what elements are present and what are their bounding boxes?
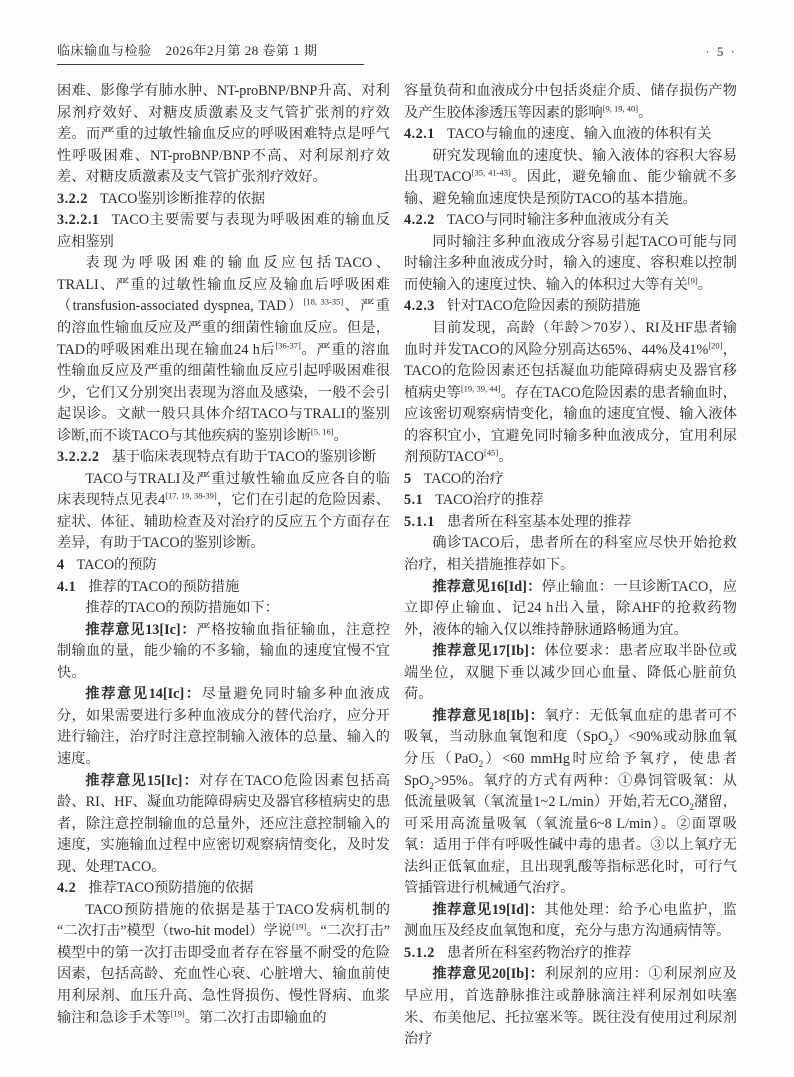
column-right: 容量负荷和血液成分中包括炎症介质、储存损伤产物及产生胶体渗透压等因素的影响[9,… (404, 81, 737, 1051)
text-run: >95%。氧疗的方式有两种：①鼻饲管吸氧：从低流量吸氧（氧流量1~2 L/min… (404, 773, 737, 811)
reference-citation: [45] (484, 448, 498, 458)
text-run: TACO与输血的速度、输入血液的体积有关 (447, 126, 712, 142)
section-number: 5 (404, 471, 412, 487)
reference-citation: [18, 33-35] (303, 297, 343, 307)
reference-citation: [19, 39, 44] (461, 383, 501, 393)
paragraph: 推荐意见14[Ic]：尽量避免同时输多种血液成分，如果需要进行多种血液成分的替代… (57, 684, 390, 770)
recommendation-label: 推荐意见13[Ic]： (85, 622, 196, 638)
recommendation-label: 推荐意见14[Ic]： (85, 686, 201, 702)
paragraph: 推荐的TACO的预防措施如下： (57, 598, 390, 620)
journal-page: 临床输血与检验2026年2月第 28 卷第 1 期 · 5 · 困难、影像学有肺… (0, 0, 794, 1077)
text-run: TACO鉴别诊断推荐的依据 (100, 191, 265, 207)
section-heading: 3.2.2TACO鉴别诊断推荐的依据 (57, 189, 390, 211)
paragraph: 同时输注多种血液成分容易引起TACO可能与同时输注多种血液成分时，输入的速度、容… (404, 232, 737, 297)
header-running-title: 临床输血与检验2026年2月第 28 卷第 1 期 (57, 42, 364, 65)
paragraph: 研究发现输血的速度快、输入液体的容积大容易出现TACO[35, 41-43]。因… (404, 146, 737, 211)
text-run: 基于临床表现特点有助于TACO的鉴别诊断 (112, 449, 377, 465)
text-run: 。 (638, 105, 652, 121)
paragraph: 容量负荷和血液成分中包括炎症介质、储存损伤产物及产生胶体渗透压等因素的影响[9,… (404, 81, 737, 124)
section-heading: 4.2.1TACO与输血的速度、输入血液的体积有关 (404, 124, 737, 146)
section-heading: 4.1推荐的TACO的预防措施 (57, 577, 390, 599)
text-run: 患者所在科室基本处理的推荐 (447, 514, 631, 530)
paragraph: 推荐意见19[Id]：其他处理：给予心电监护，监测血压及经皮血氧饱和度，充分与患… (404, 900, 737, 943)
paragraph: 推荐意见15[Ic]：对存在TACO危险因素包括高龄、RI、HF、凝血功能障碍病… (57, 771, 390, 879)
section-number: 3.2.2.1 (57, 212, 100, 228)
section-heading: 5.1.1患者所在科室基本处理的推荐 (404, 512, 737, 534)
paragraph: 推荐意见17[Ib]：体位要求：患者应取半卧位或端坐位，双腿下垂以减少回心血量、… (404, 641, 737, 706)
paragraph: 推荐意见18[Ib]：氧疗：无低氧血症的患者可不吸氧，当动脉血氧饱和度（SpO2… (404, 706, 737, 900)
section-heading: 4TACO的预防 (57, 555, 390, 577)
text-run: TACO主要需要与表现为呼吸困难的输血反应相鉴别 (57, 212, 390, 250)
text-run: 推荐TACO预防措施的依据 (88, 880, 253, 896)
section-heading: 5.1.2患者所在科室药物治疗的推荐 (404, 943, 737, 965)
section-number: 4.2.3 (404, 298, 435, 314)
text-run: TACO的预防 (77, 557, 157, 573)
reference-citation: [9] (688, 275, 698, 285)
section-heading: 4.2.2TACO与同时输注多种血液成分有关 (404, 210, 737, 232)
text-run: 。 (334, 428, 348, 444)
page-number: · 5 · (705, 43, 737, 65)
text-run: 推荐的TACO的预防措施如下： (85, 600, 279, 616)
section-number: 4.2.1 (404, 126, 435, 142)
recommendation-label: 推荐意见20[Ib]： (432, 966, 544, 982)
journal-title: 临床输血与检验 (57, 43, 152, 58)
section-number: 3.2.2 (57, 191, 88, 207)
reference-citation: [36-37] (275, 340, 301, 350)
section-number: 4.2.2 (404, 212, 435, 228)
section-heading: 5TACO的治疗 (404, 469, 737, 491)
text-run: 。 (698, 277, 712, 293)
text-run: 。 (498, 449, 512, 465)
section-number: 3.2.2.2 (57, 449, 100, 465)
text-run: 目前发现，高龄（年龄＞70岁）、RI及HF患者输血时并发TACO的风险分别高达6… (404, 320, 737, 358)
section-number: 5.1.2 (404, 945, 435, 961)
text-run: 。第二次打击即输血的 (185, 1010, 327, 1026)
reference-citation: [20] (708, 340, 722, 350)
paragraph: 困难、影像学有肺水肿、NT-proBNP/BNP升高、对利尿剂疗效好、对糖皮质激… (57, 81, 390, 189)
section-number: 5.1.1 (404, 514, 435, 530)
text-run: 容量负荷和血液成分中包括炎症介质、储存损伤产物及产生胶体渗透压等因素的影响 (404, 83, 737, 121)
section-heading: 4.2推荐TACO预防措施的依据 (57, 878, 390, 900)
section-number: 5.1 (404, 492, 423, 508)
section-number: 4 (57, 557, 65, 573)
paragraph: 推荐意见16[Id]：停止输血：一旦诊断TACO，应立即停止输血、记24 h出入… (404, 577, 737, 642)
recommendation-label: 推荐意见17[Ib]： (432, 643, 544, 659)
paragraph: 推荐意见20[Ib]：利尿剂的应用：①利尿剂应及早应用，首选静脉推注或静脉滴注袢… (404, 964, 737, 1050)
paragraph: TACO预防措施的依据是基于TACO发病机制的“二次打击”模型（two-hit … (57, 900, 390, 1029)
page-header: 临床输血与检验2026年2月第 28 卷第 1 期 · 5 · (57, 42, 737, 65)
reference-citation: [19] (292, 922, 306, 932)
reference-citation: [5, 16] (311, 426, 334, 436)
section-number: 4.2 (57, 880, 76, 896)
section-number: 4.1 (57, 579, 76, 595)
recommendation-label: 推荐意见15[Ic]： (85, 773, 198, 789)
text-run: TACO与同时输注多种血液成分有关 (447, 212, 669, 228)
section-heading: 5.1TACO治疗的推荐 (404, 490, 737, 512)
paragraph: 推荐意见13[Ic]：严格按输血指征输血，注意控制输血的量，能少输的不多输，输血… (57, 620, 390, 685)
section-heading: 4.2.3针对TACO危险因素的预防措施 (404, 296, 737, 318)
recommendation-label: 推荐意见16[Id]： (432, 579, 541, 595)
text-run: 确诊TACO后，患者所在的科室应尽快开始抢救治疗，相关措施推荐如下。 (404, 535, 737, 573)
recommendation-label: 推荐意见18[Ib]： (432, 708, 544, 724)
recommendation-label: 推荐意见19[Id]： (432, 902, 544, 918)
paragraph: 目前发现，高龄（年龄＞70岁）、RI及HF患者输血时并发TACO的风险分别高达6… (404, 318, 737, 469)
content-columns: 困难、影像学有肺水肿、NT-proBNP/BNP升高、对利尿剂疗效好、对糖皮质激… (57, 81, 737, 1051)
text-run: 针对TACO危险因素的预防措施 (447, 298, 641, 314)
reference-citation: [35, 41-43] (472, 167, 511, 177)
issue-info: 2026年2月第 28 卷第 1 期 (166, 43, 318, 58)
text-run: 患者所在科室药物治疗的推荐 (447, 945, 631, 961)
reference-citation: [19] (171, 1008, 185, 1018)
section-heading: 3.2.2.1TACO主要需要与表现为呼吸困难的输血反应相鉴别 (57, 210, 390, 253)
paragraph: 确诊TACO后，患者所在的科室应尽快开始抢救治疗，相关措施推荐如下。 (404, 533, 737, 576)
paragraph: 表现为呼吸困难的输血反应包括TACO、TRALI、严重的过敏性输血反应及输血后呼… (57, 253, 390, 447)
text-run: TACO治疗的推荐 (435, 492, 543, 508)
column-left: 困难、影像学有肺水肿、NT-proBNP/BNP升高、对利尿剂疗效好、对糖皮质激… (57, 81, 390, 1051)
text-run: 困难、影像学有肺水肿、NT-proBNP/BNP升高、对利尿剂疗效好、对糖皮质激… (57, 83, 390, 185)
section-heading: 3.2.2.2基于临床表现特点有助于TACO的鉴别诊断 (57, 447, 390, 469)
reference-citation: [17, 19, 38-39] (165, 491, 217, 501)
reference-citation: [9, 19, 40] (603, 103, 638, 113)
text-run: TACO的治疗 (424, 471, 504, 487)
text-run: 推荐的TACO的预防措施 (88, 579, 239, 595)
paragraph: TACO与TRALI及严重过敏性输血反应各自的临床表现特点见表4[17, 19,… (57, 469, 390, 555)
